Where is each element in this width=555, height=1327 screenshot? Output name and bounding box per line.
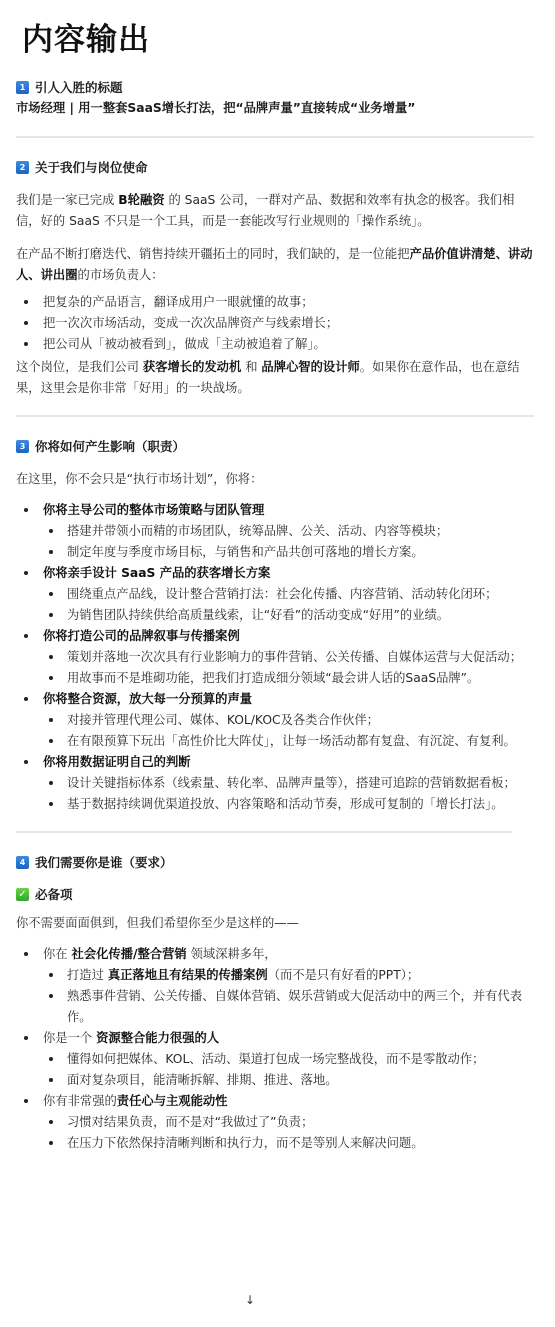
requirement-group: 你有非常强的责任心与主观能动性 习惯对结果负责，而不是对“我做过了”负责； 在压… (16, 1091, 536, 1154)
text: 这个岗位，是我们公司 (16, 360, 143, 374)
group-title: 你将亲手设计 SaaS 产品的获客增长方案 (43, 566, 270, 580)
section-heading: 4 我们需要你是谁（要求） (16, 851, 536, 873)
highlight: 真正落地且有结果的传播案例 (108, 968, 268, 982)
list-item: 习惯对结果负责，而不是对“我做过了”负责； (16, 1112, 536, 1133)
text: 你在 (43, 947, 72, 961)
responsibility-group: 你将用数据证明自己的判断 设计关键指标体系（线索量、转化率、品牌声量等），搭建可… (16, 752, 536, 815)
scroll-down-button[interactable]: ↓ (241, 1291, 259, 1309)
mission-list: 把复杂的产品语言，翻译成用户一眼就懂的故事； 把一次次市场活动，变成一次次品牌资… (16, 292, 536, 355)
document-content: 1 引人入胜的标题 市场经理 | 用一整套SaaS增长打法，把“品牌声量”直接转… (16, 76, 536, 1154)
list-item: 基于数据持续调优渠道投放、内容策略和活动节奏，形成可复制的「增长打法」。 (16, 794, 536, 815)
section-responsibilities: 3 你将如何产生影响（职责） 在这里，你不会只是“执行市场计划”，你将： 你将主… (16, 435, 536, 815)
group-title: 你将主导公司的整体市场策略与团队管理 (43, 503, 264, 517)
responsibilities-list: 你将主导公司的整体市场策略与团队管理 搭建并带领小而精的市场团队，统筹品牌、公关… (16, 500, 536, 815)
list-item: 面对复杂项目，能清晰拆解、排期、推进、落地。 (16, 1070, 536, 1091)
must-have-label: 必备项 (35, 884, 73, 905)
about-paragraph-3: 这个岗位，是我们公司 获客增长的发动机 和 品牌心智的设计师。如果你在意作品，也… (16, 357, 536, 399)
list-item: 围绕重点产品线，设计整合营销打法：社会化传播、内容营销、活动转化闭环； (16, 584, 536, 605)
list-item: 用故事而不是堆砌功能，把我们打造成细分领域“最会讲人话的SaaS品牌”。 (16, 668, 536, 689)
list-item: 为销售团队持续供给高质量线索，让“好看”的活动变成“好用”的业绩。 (16, 605, 536, 626)
highlight: 社会化传播/整合营销 (72, 947, 187, 961)
list-item: 熟悉事件营销、公关传播、自媒体营销、娱乐营销或大促活动中的两三个，并有代表作。 (16, 986, 536, 1028)
about-paragraph-2: 在产品不断打磨迭代、销售持续开疆拓土的同时，我们缺的，是一位能把产品价值讲清楚、… (16, 244, 536, 286)
text: 你是一个 (43, 1031, 96, 1045)
text: （而不是只有好看的PPT）； (268, 968, 419, 982)
funding-highlight: B轮融资 (118, 193, 164, 207)
list-item: 在压力下依然保持清晰判断和执行力，而不是等别人来解决问题。 (16, 1133, 536, 1154)
section-heading-text: 引人入胜的标题 (35, 77, 123, 98)
group-title: 你将整合资源，放大每一分预算的声量 (43, 692, 252, 706)
text: 在产品不断打磨迭代、销售持续开疆拓土的同时，我们缺的，是一位能把 (16, 247, 410, 261)
section-title: 1 引人入胜的标题 市场经理 | 用一整套SaaS增长打法，把“品牌声量”直接转… (16, 76, 536, 119)
job-headline: 市场经理 | 用一整套SaaS增长打法，把“品牌声量”直接转成“业务增量” (16, 98, 536, 119)
section-heading: 2 关于我们与岗位使命 (16, 156, 536, 178)
arrow-down-icon: ↓ (245, 1293, 255, 1307)
list-item: 设计关键指标体系（线索量、转化率、品牌声量等），搭建可追踪的营销数据看板； (16, 773, 536, 794)
section-heading: 3 你将如何产生影响（职责） (16, 435, 536, 457)
number-4-icon: 4 (16, 856, 29, 869)
list-item: 把一次次市场活动，变成一次次品牌资产与线索增长； (16, 313, 536, 334)
section-heading-text: 你将如何产生影响（职责） (35, 436, 185, 457)
text: 的市场负责人： (78, 268, 164, 282)
responsibility-group: 你将整合资源，放大每一分预算的声量 对接并管理代理公司、媒体、KOL/KOC及各… (16, 689, 536, 752)
list-item: 把公司从「被动被看到」，做成「主动被追着了解」。 (16, 334, 536, 355)
text: 打造过 (67, 968, 108, 982)
number-3-icon: 3 (16, 440, 29, 453)
list-item: 搭建并带领小而精的市场团队，统筹品牌、公关、活动、内容等模块； (16, 521, 536, 542)
section-heading-text: 关于我们与岗位使命 (35, 157, 148, 178)
must-have-heading: ✓ 必备项 (16, 883, 536, 905)
group-title: 你将用数据证明自己的判断 (43, 755, 191, 769)
number-1-icon: 1 (16, 81, 29, 94)
text: 我们是一家已完成 (16, 193, 118, 207)
check-mark-icon: ✓ (16, 888, 29, 901)
text: 和 (241, 360, 261, 374)
responsibility-group: 你将亲手设计 SaaS 产品的获客增长方案 围绕重点产品线，设计整合营销打法：社… (16, 563, 536, 626)
list-item: 对接并管理代理公司、媒体、KOL/KOC及各类合作伙伴； (16, 710, 536, 731)
text: 你有非常强的 (43, 1094, 117, 1108)
requirements-list: 你在 社会化传播/整合营销 领域深耕多年， 打造过 真正落地且有结果的传播案例（… (16, 944, 536, 1154)
responsibility-group: 你将主导公司的整体市场策略与团队管理 搭建并带领小而精的市场团队，统筹品牌、公关… (16, 500, 536, 563)
highlight: 资源整合能力很强的人 (96, 1031, 219, 1045)
about-paragraph-1: 我们是一家已完成 B轮融资 的 SaaS 公司，一群对产品、数据和效率有执念的极… (16, 190, 536, 232)
list-item: 制定年度与季度市场目标，与销售和产品共创可落地的增长方案。 (16, 542, 536, 563)
responsibilities-intro: 在这里，你不会只是“执行市场计划”，你将： (16, 469, 536, 490)
list-item: 懂得如何把媒体、KOL、活动、渠道打包成一场完整战役，而不是零散动作； (16, 1049, 536, 1070)
section-heading: 1 引人入胜的标题 (16, 76, 536, 98)
section-requirements: 4 我们需要你是谁（要求） ✓ 必备项 你不需要面面俱到，但我们希望你至少是这样… (16, 851, 536, 1154)
list-item: 策划并落地一次次具有行业影响力的事件营销、公关传播、自媒体运营与大促活动； (16, 647, 536, 668)
requirement-group: 你在 社会化传播/整合营销 领域深耕多年， 打造过 真正落地且有结果的传播案例（… (16, 944, 536, 1028)
group-title: 你将打造公司的品牌叙事与传播案例 (43, 629, 240, 643)
requirement-group: 你是一个 资源整合能力很强的人 懂得如何把媒体、KOL、活动、渠道打包成一场完整… (16, 1028, 536, 1091)
list-item: 把复杂的产品语言，翻译成用户一眼就懂的故事； (16, 292, 536, 313)
responsibility-group: 你将打造公司的品牌叙事与传播案例 策划并落地一次次具有行业影响力的事件营销、公关… (16, 626, 536, 689)
role-highlight-2: 品牌心智的设计师 (261, 360, 359, 374)
role-highlight-1: 获客增长的发动机 (143, 360, 241, 374)
text: 领域深耕多年， (187, 947, 277, 961)
list-item: 在有限预算下玩出「高性价比大阵仗」，让每一场活动都有复盘、有沉淀、有复利。 (16, 731, 536, 752)
number-2-icon: 2 (16, 161, 29, 174)
requirements-intro: 你不需要面面俱到，但我们希望你至少是这样的—— (16, 913, 536, 934)
section-heading-text: 我们需要你是谁（要求） (35, 852, 173, 873)
page-title: 内容输出 (22, 14, 150, 59)
list-item: 打造过 真正落地且有结果的传播案例（而不是只有好看的PPT）； (16, 965, 536, 986)
section-about: 2 关于我们与岗位使命 我们是一家已完成 B轮融资 的 SaaS 公司，一群对产… (16, 156, 536, 399)
highlight: 责任心与主观能动性 (117, 1094, 228, 1108)
